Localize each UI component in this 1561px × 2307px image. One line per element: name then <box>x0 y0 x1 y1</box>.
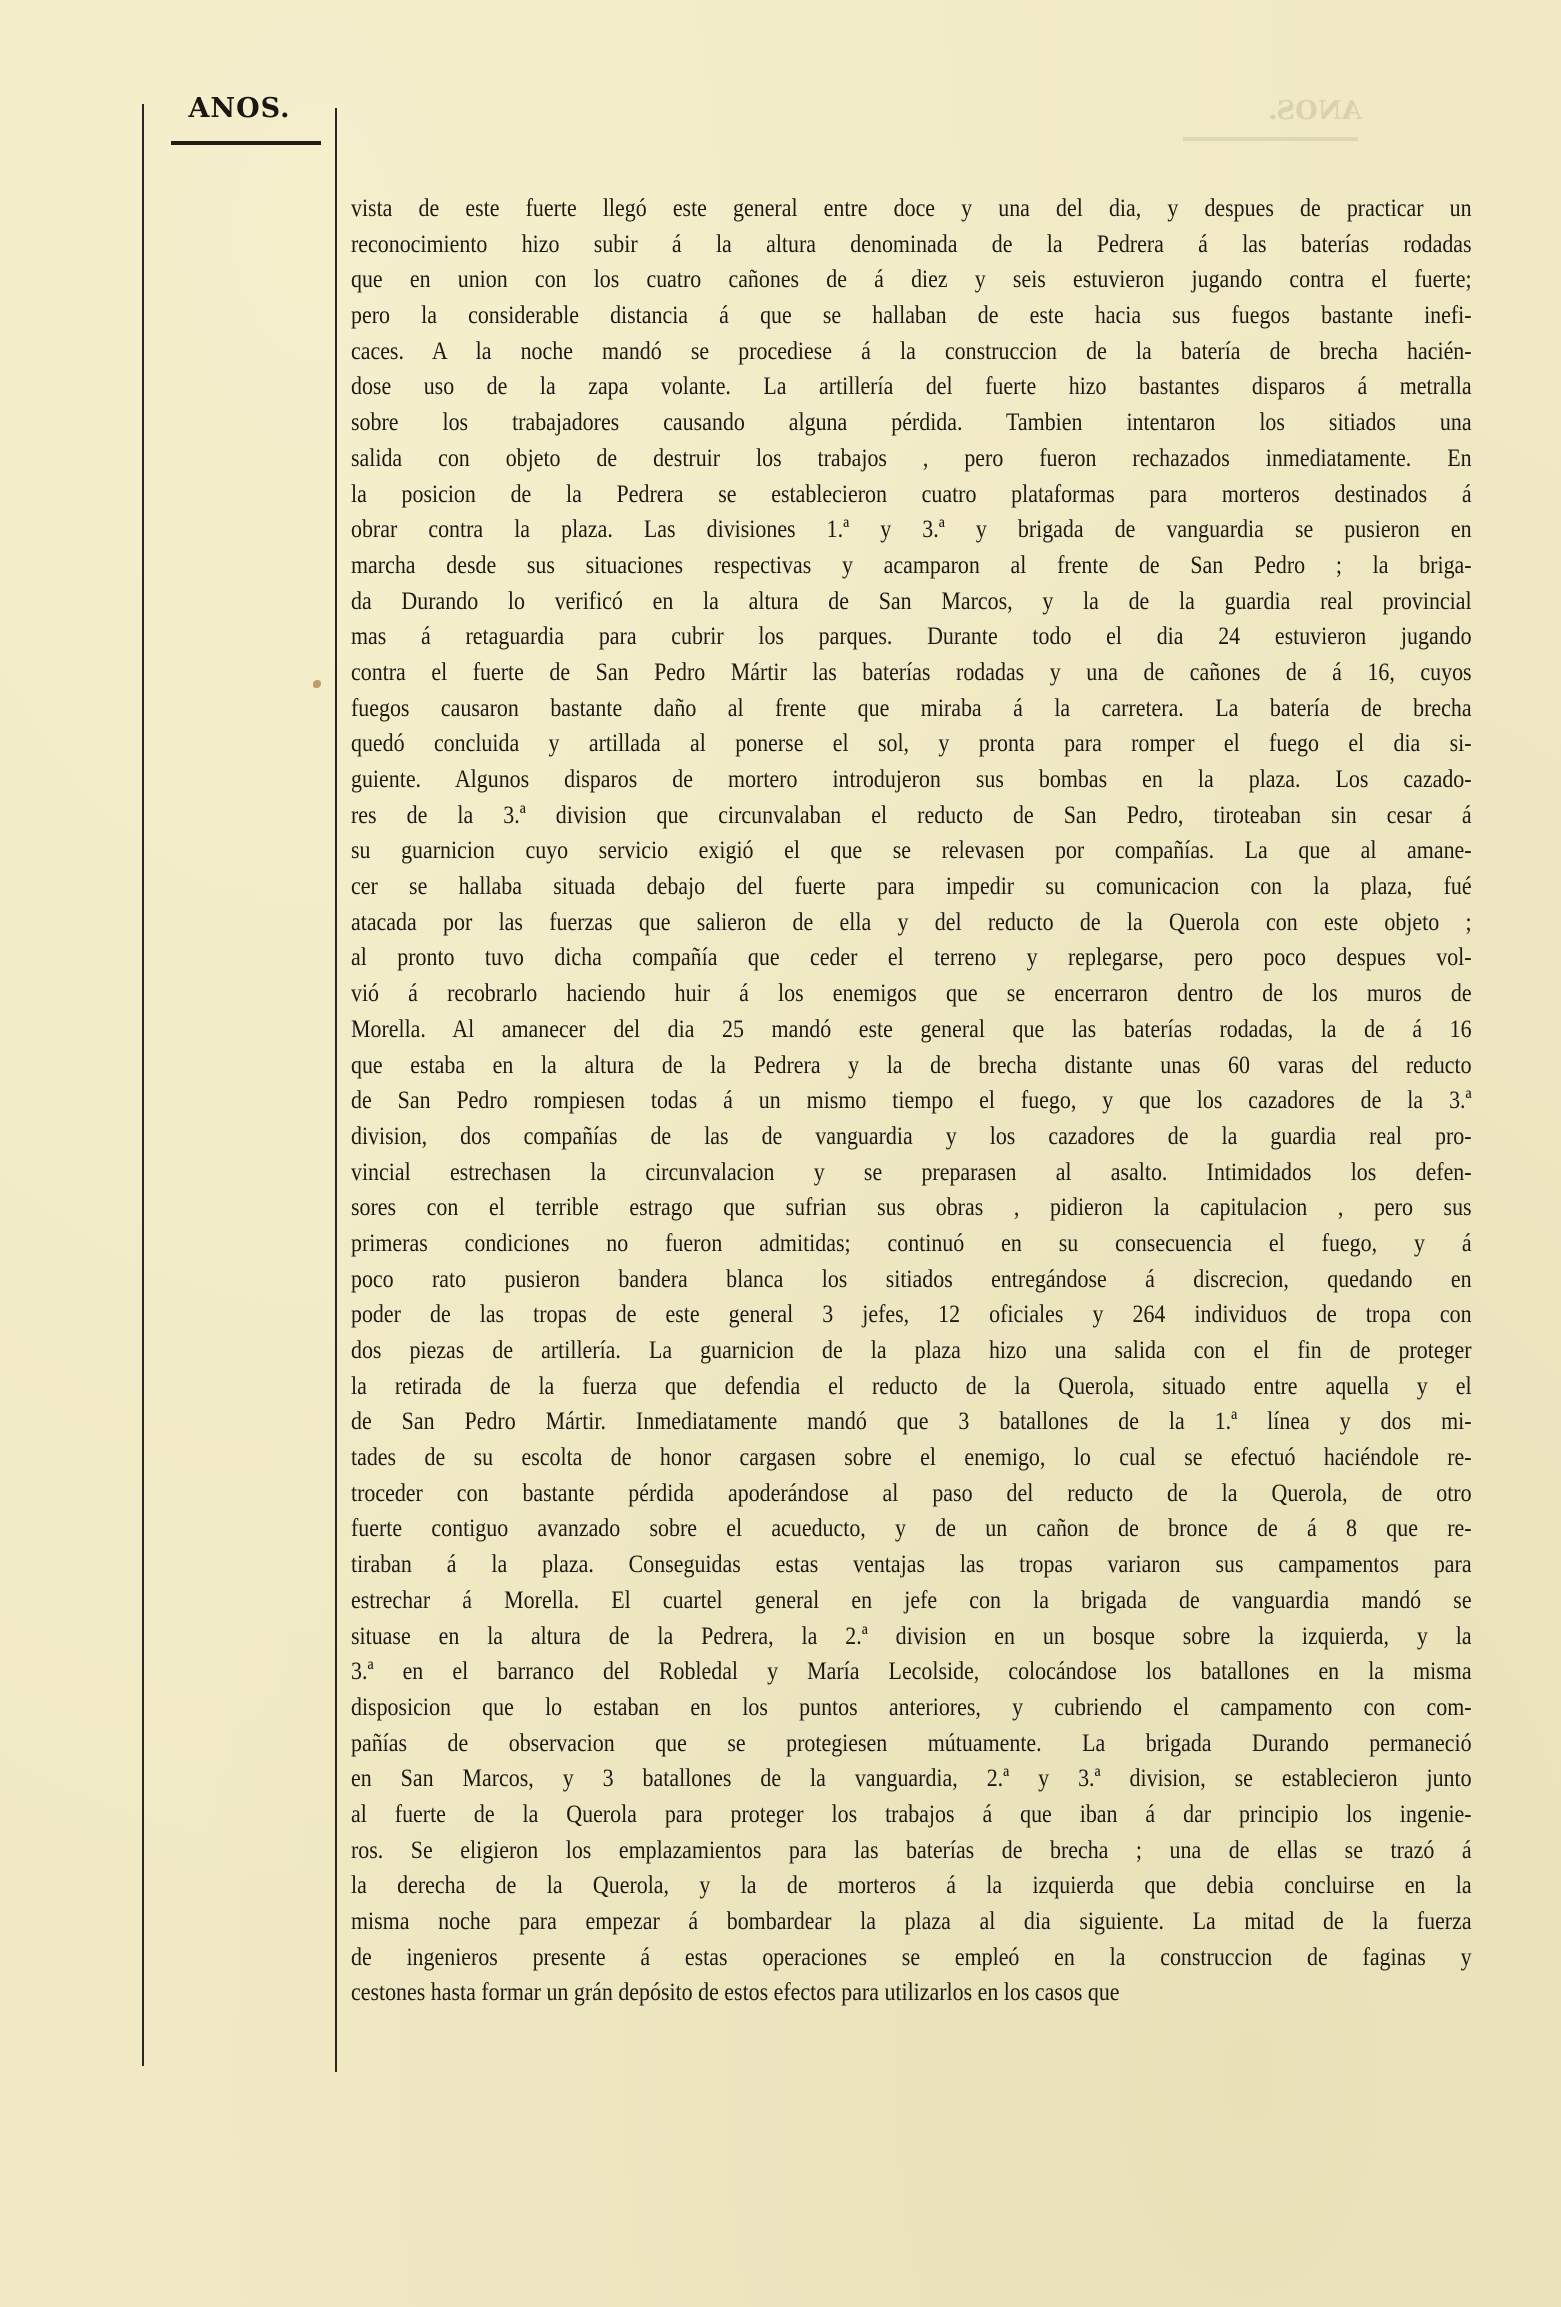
text-line: da Durando lo verificó en la altura de S… <box>351 583 1472 619</box>
margin-header-underline <box>171 141 321 145</box>
paper-stain <box>313 680 321 688</box>
text-line: pero la considerable distancia á que se … <box>351 297 1472 333</box>
text-line: pañías de observacion que se protegiesen… <box>351 1725 1472 1761</box>
text-line: cestones hasta formar un grán depósito d… <box>351 1974 1472 2010</box>
text-line: la retirada de la fuerza que defendia el… <box>351 1368 1472 1404</box>
text-line: que en union con los cuatro cañones de á… <box>351 261 1472 297</box>
text-line: obrar contra la plaza. Las divisiones 1.… <box>351 511 1472 547</box>
text-line: quedó concluida y artillada al ponerse e… <box>351 725 1472 761</box>
text-line: al fuerte de la Querola para proteger lo… <box>351 1796 1472 1832</box>
text-line: poco rato pusieron bandera blanca los si… <box>351 1261 1472 1297</box>
text-line: en San Marcos, y 3 batallones de la vang… <box>351 1760 1472 1796</box>
text-line: Morella. Al amanecer del dia 25 mandó es… <box>351 1011 1472 1047</box>
document-page: ANOS. ANOS. vista de este fuerte llegó e… <box>0 0 1561 2307</box>
text-line: su guarnicion cuyo servicio exigió el qu… <box>351 832 1472 868</box>
text-line: la posicion de la Pedrera se establecier… <box>351 476 1472 512</box>
text-line: vista de este fuerte llegó este general … <box>351 190 1472 226</box>
text-line: primeras condiciones no fueron admitidas… <box>351 1225 1472 1261</box>
margin-header: ANOS. <box>144 93 335 124</box>
text-line: sobre los trabajadores causando alguna p… <box>351 404 1472 440</box>
text-line: misma noche para empezar á bombardear la… <box>351 1903 1472 1939</box>
text-line: caces. A la noche mandó se procediese á … <box>351 333 1472 369</box>
text-line: tiraban á la plaza. Conseguidas estas ve… <box>351 1546 1472 1582</box>
text-line: ros. Se eligieron los emplazamientos par… <box>351 1832 1472 1868</box>
text-line: tades de su escolta de honor cargasen so… <box>351 1439 1472 1475</box>
text-line: de San Pedro Mártir. Inmediatamente mand… <box>351 1403 1472 1439</box>
text-line: de San Pedro rompiesen todas á un mismo … <box>351 1082 1472 1118</box>
text-line: dose uso de la zapa volante. La artiller… <box>351 368 1472 404</box>
text-line: atacada por las fuerzas que salieron de … <box>351 904 1472 940</box>
margin-left-rule <box>142 104 144 2066</box>
text-line: vió á recobrarlo haciendo huir á los ene… <box>351 975 1472 1011</box>
text-line: fuegos causaron bastante daño al frente … <box>351 690 1472 726</box>
text-line: estrechar á Morella. El cuartel general … <box>351 1582 1472 1618</box>
text-line: reconocimiento hizo subir á la altura de… <box>351 226 1472 262</box>
text-line: al pronto tuvo dicha compañía que ceder … <box>351 939 1472 975</box>
text-line: salida con objeto de destruir los trabaj… <box>351 440 1472 476</box>
text-line: 3.ª en el barranco del Robledal y María … <box>351 1653 1472 1689</box>
text-line: contra el fuerte de San Pedro Mártir las… <box>351 654 1472 690</box>
text-line: disposicion que lo estaban en los puntos… <box>351 1689 1472 1725</box>
text-line: fuerte contiguo avanzado sobre el acuedu… <box>351 1510 1472 1546</box>
text-line: la derecha de la Querola, y la de morter… <box>351 1867 1472 1903</box>
text-line: mas á retaguardia para cubrir los parque… <box>351 618 1472 654</box>
text-line: division, dos compañías de las de vangua… <box>351 1118 1472 1154</box>
text-line: situase en la altura de la Pedrera, la 2… <box>351 1618 1472 1654</box>
text-line: poder de las tropas de este general 3 je… <box>351 1296 1472 1332</box>
text-line: sores con el terrible estrago que sufria… <box>351 1189 1472 1225</box>
text-line: cer se hallaba situada debajo del fuerte… <box>351 868 1472 904</box>
margin-right-rule <box>335 108 337 2072</box>
text-line: de ingenieros presente á estas operacion… <box>351 1939 1472 1975</box>
body-text: vista de este fuerte llegó este general … <box>351 190 1472 2010</box>
bleedthrough-underline <box>1183 137 1358 141</box>
bleedthrough-header: ANOS. <box>1215 96 1415 126</box>
text-line: que estaba en la altura de la Pedrera y … <box>351 1047 1472 1083</box>
text-line: troceder con bastante pérdida apoderándo… <box>351 1475 1472 1511</box>
text-line: vincial estrechasen la circunvalacion y … <box>351 1154 1472 1190</box>
text-line: res de la 3.ª division que circunvalaban… <box>351 797 1472 833</box>
text-line: guiente. Algunos disparos de mortero int… <box>351 761 1472 797</box>
text-line: dos piezas de artillería. La guarnicion … <box>351 1332 1472 1368</box>
text-line: marcha desde sus situaciones respectivas… <box>351 547 1472 583</box>
